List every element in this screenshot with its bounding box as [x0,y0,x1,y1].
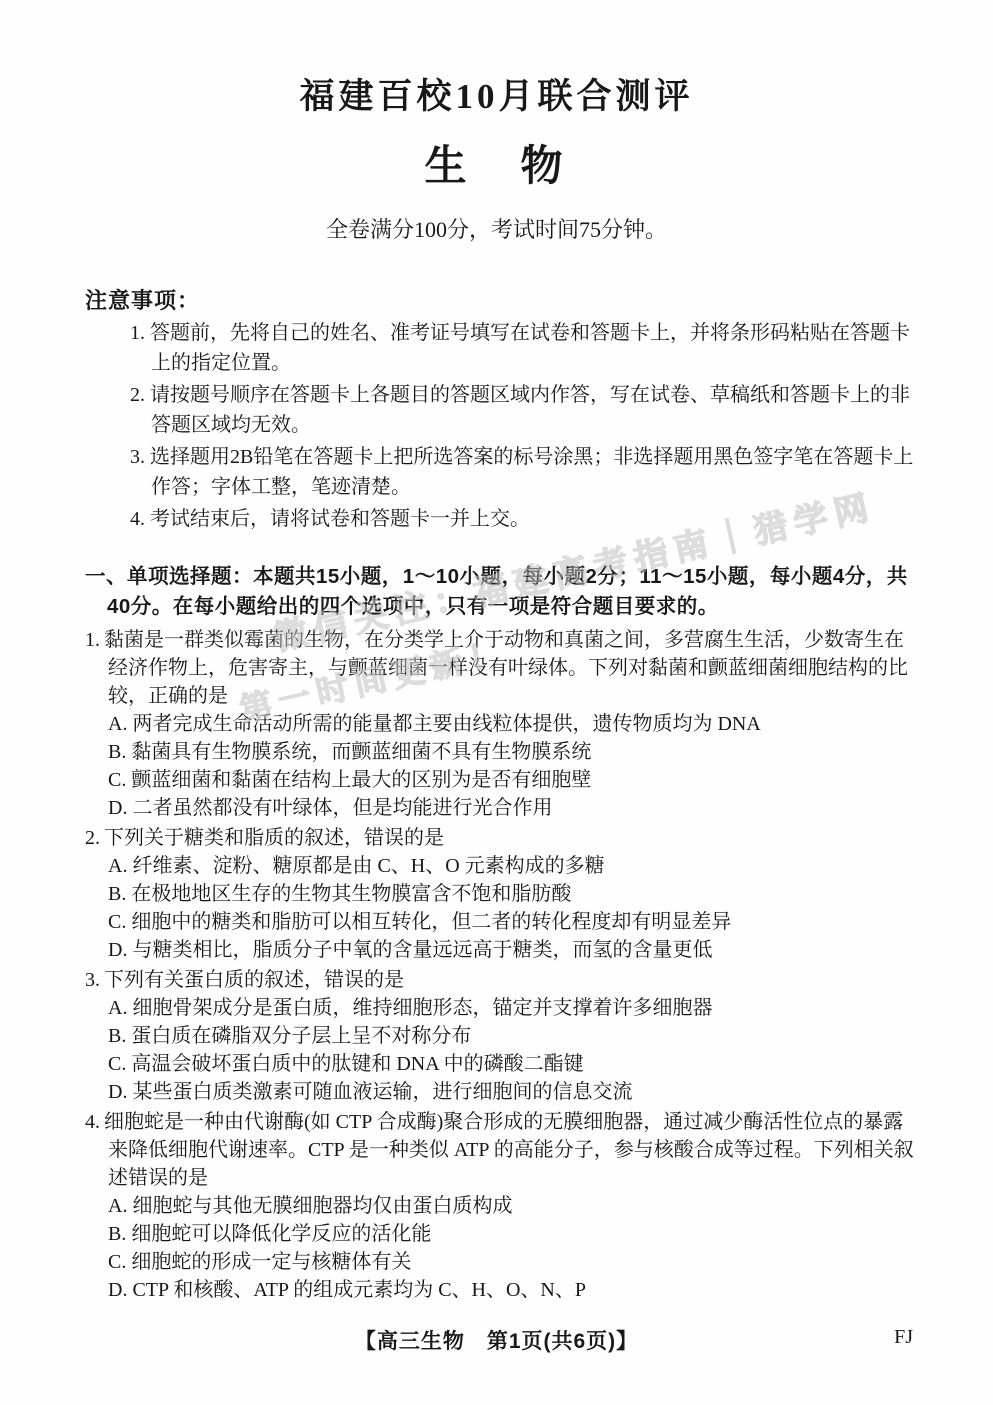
question-1: 1.黏菌是一群类似霉菌的生物，在分类学上介于动物和真菌之间，多营腐生生活，少数寄… [85,626,917,822]
question-1-option-d: D. 二者虽然都没有叶绿体，但是均能进行光合作用 [108,794,917,822]
paper-code: FJ [894,1326,913,1349]
question-3-number: 3. [85,969,104,991]
question-1-text: 黏菌是一群类似霉菌的生物，在分类学上介于动物和真菌之间，多营腐生生活，少数寄生在… [104,629,908,707]
notice-item-4: 4. 考试结束后，请将试卷和答题卡一并上交。 [85,504,915,534]
question-2-number: 2. [85,827,104,849]
question-4-option-b: B. 细胞蛇可以降低化学反应的活化能 [108,1220,917,1248]
question-3: 3.下列有关蛋白质的叙述，错误的是 A. 细胞骨架成分是蛋白质，维持细胞形态，锚… [85,966,917,1106]
question-2: 2.下列关于糖类和脂质的叙述，错误的是 A. 纤维素、淀粉、糖原都是由 C、H、… [85,824,917,964]
notice-item-3: 3. 选择题用2B铅笔在答题卡上把所选答案的标号涂黑；非选择题用黑色签字笔在答题… [85,442,915,502]
notices-section: 注意事项： 1. 答题前，先将自己的姓名、准考证号填写在试卷和答题卡上，并将条形… [85,286,915,534]
question-4-option-c: C. 细胞蛇的形成一定与核糖体有关 [108,1248,917,1276]
subject-title: 生 物 [0,142,993,192]
question-1-option-b: B. 黏菌具有生物膜系统，而颤蓝细菌不具有生物膜系统 [108,738,917,766]
exam-meta: 全卷满分100分，考试时间75分钟。 [0,216,993,244]
question-3-text: 下列有关蛋白质的叙述，错误的是 [104,969,404,991]
notices-heading: 注意事项： [85,286,915,316]
question-3-option-b: B. 蛋白质在磷脂双分子层上呈不对称分布 [108,1022,917,1050]
section-heading: 一、单项选择题：本题共15小题，1～10小题，每小题2分；11～15小题，每小题… [85,562,915,622]
question-2-option-d: D. 与糖类相比，脂质分子中氧的含量远远高于糖类，而氢的含量更低 [108,936,917,964]
question-4-option-a: A. 细胞蛇与其他无膜细胞器均仅由蛋白质构成 [108,1192,917,1220]
question-4-options: A. 细胞蛇与其他无膜细胞器均仅由蛋白质构成 B. 细胞蛇可以降低化学反应的活化… [108,1192,917,1304]
notice-item-1: 1. 答题前，先将自己的姓名、准考证号填写在试卷和答题卡上，并将条形码粘贴在答题… [85,318,915,378]
question-4-number: 4. [85,1111,104,1133]
question-2-options: A. 纤维素、淀粉、糖原都是由 C、H、O 元素构成的多糖 B. 在极地地区生存… [108,852,917,964]
question-4-stem: 4.细胞蛇是一种由代谢酶(如 CTP 合成酶)聚合形成的无膜细胞器，通过减少酶活… [85,1108,917,1192]
question-3-option-c: C. 高温会破坏蛋白质中的肽键和 DNA 中的磷酸二酯键 [108,1050,917,1078]
question-3-stem: 3.下列有关蛋白质的叙述，错误的是 [85,966,917,994]
question-4-option-d: D. CTP 和核酸、ATP 的组成元素均为 C、H、O、N、P [108,1276,917,1304]
page-footer: 【高三生物 第1页(共6页)】 FJ [0,1325,993,1355]
question-3-options: A. 细胞骨架成分是蛋白质，维持细胞形态，锚定并支撑着许多细胞器 B. 蛋白质在… [108,994,917,1106]
paper-header: 福建百校10月联合测评 生 物 全卷满分100分，考试时间75分钟。 [0,0,993,244]
paper-title: 福建百校10月联合测评 [0,74,993,120]
question-1-number: 1. [85,629,104,651]
question-2-stem: 2.下列关于糖类和脂质的叙述，错误的是 [85,824,917,852]
exam-paper-page: 福建百校10月联合测评 生 物 全卷满分100分，考试时间75分钟。 注意事项：… [0,0,993,1405]
question-2-option-c: C. 细胞中的糖类和脂肪可以相互转化，但二者的转化程度却有明显差异 [108,908,917,936]
question-1-option-a: A. 两者完成生命活动所需的能量都主要由线粒体提供，遗传物质均为 DNA [108,710,917,738]
question-1-option-c: C. 颤蓝细菌和黏菌在结构上最大的区别为是否有细胞壁 [108,766,917,794]
question-2-text: 下列关于糖类和脂质的叙述，错误的是 [104,827,444,849]
question-2-option-a: A. 纤维素、淀粉、糖原都是由 C、H、O 元素构成的多糖 [108,852,917,880]
notice-item-2: 2. 请按题号顺序在答题卡上各题目的答题区域内作答，写在试卷、草稿纸和答题卡上的… [85,380,915,440]
page-number-label: 【高三生物 第1页(共6页)】 [355,1330,638,1353]
questions-list: 1.黏菌是一群类似霉菌的生物，在分类学上介于动物和真菌之间，多营腐生生活，少数寄… [85,626,917,1304]
question-3-option-d: D. 某些蛋白质类激素可随血液运输，进行细胞间的信息交流 [108,1078,917,1106]
question-3-option-a: A. 细胞骨架成分是蛋白质，维持细胞形态，锚定并支撑着许多细胞器 [108,994,917,1022]
question-1-options: A. 两者完成生命活动所需的能量都主要由线粒体提供，遗传物质均为 DNA B. … [108,710,917,822]
question-4-text: 细胞蛇是一种由代谢酶(如 CTP 合成酶)聚合形成的无膜细胞器，通过减少酶活性位… [104,1111,914,1189]
question-2-option-b: B. 在极地地区生存的生物其生物膜富含不饱和脂肪酸 [108,880,917,908]
question-4: 4.细胞蛇是一种由代谢酶(如 CTP 合成酶)聚合形成的无膜细胞器，通过减少酶活… [85,1108,917,1304]
question-1-stem: 1.黏菌是一群类似霉菌的生物，在分类学上介于动物和真菌之间，多营腐生生活，少数寄… [85,626,917,710]
